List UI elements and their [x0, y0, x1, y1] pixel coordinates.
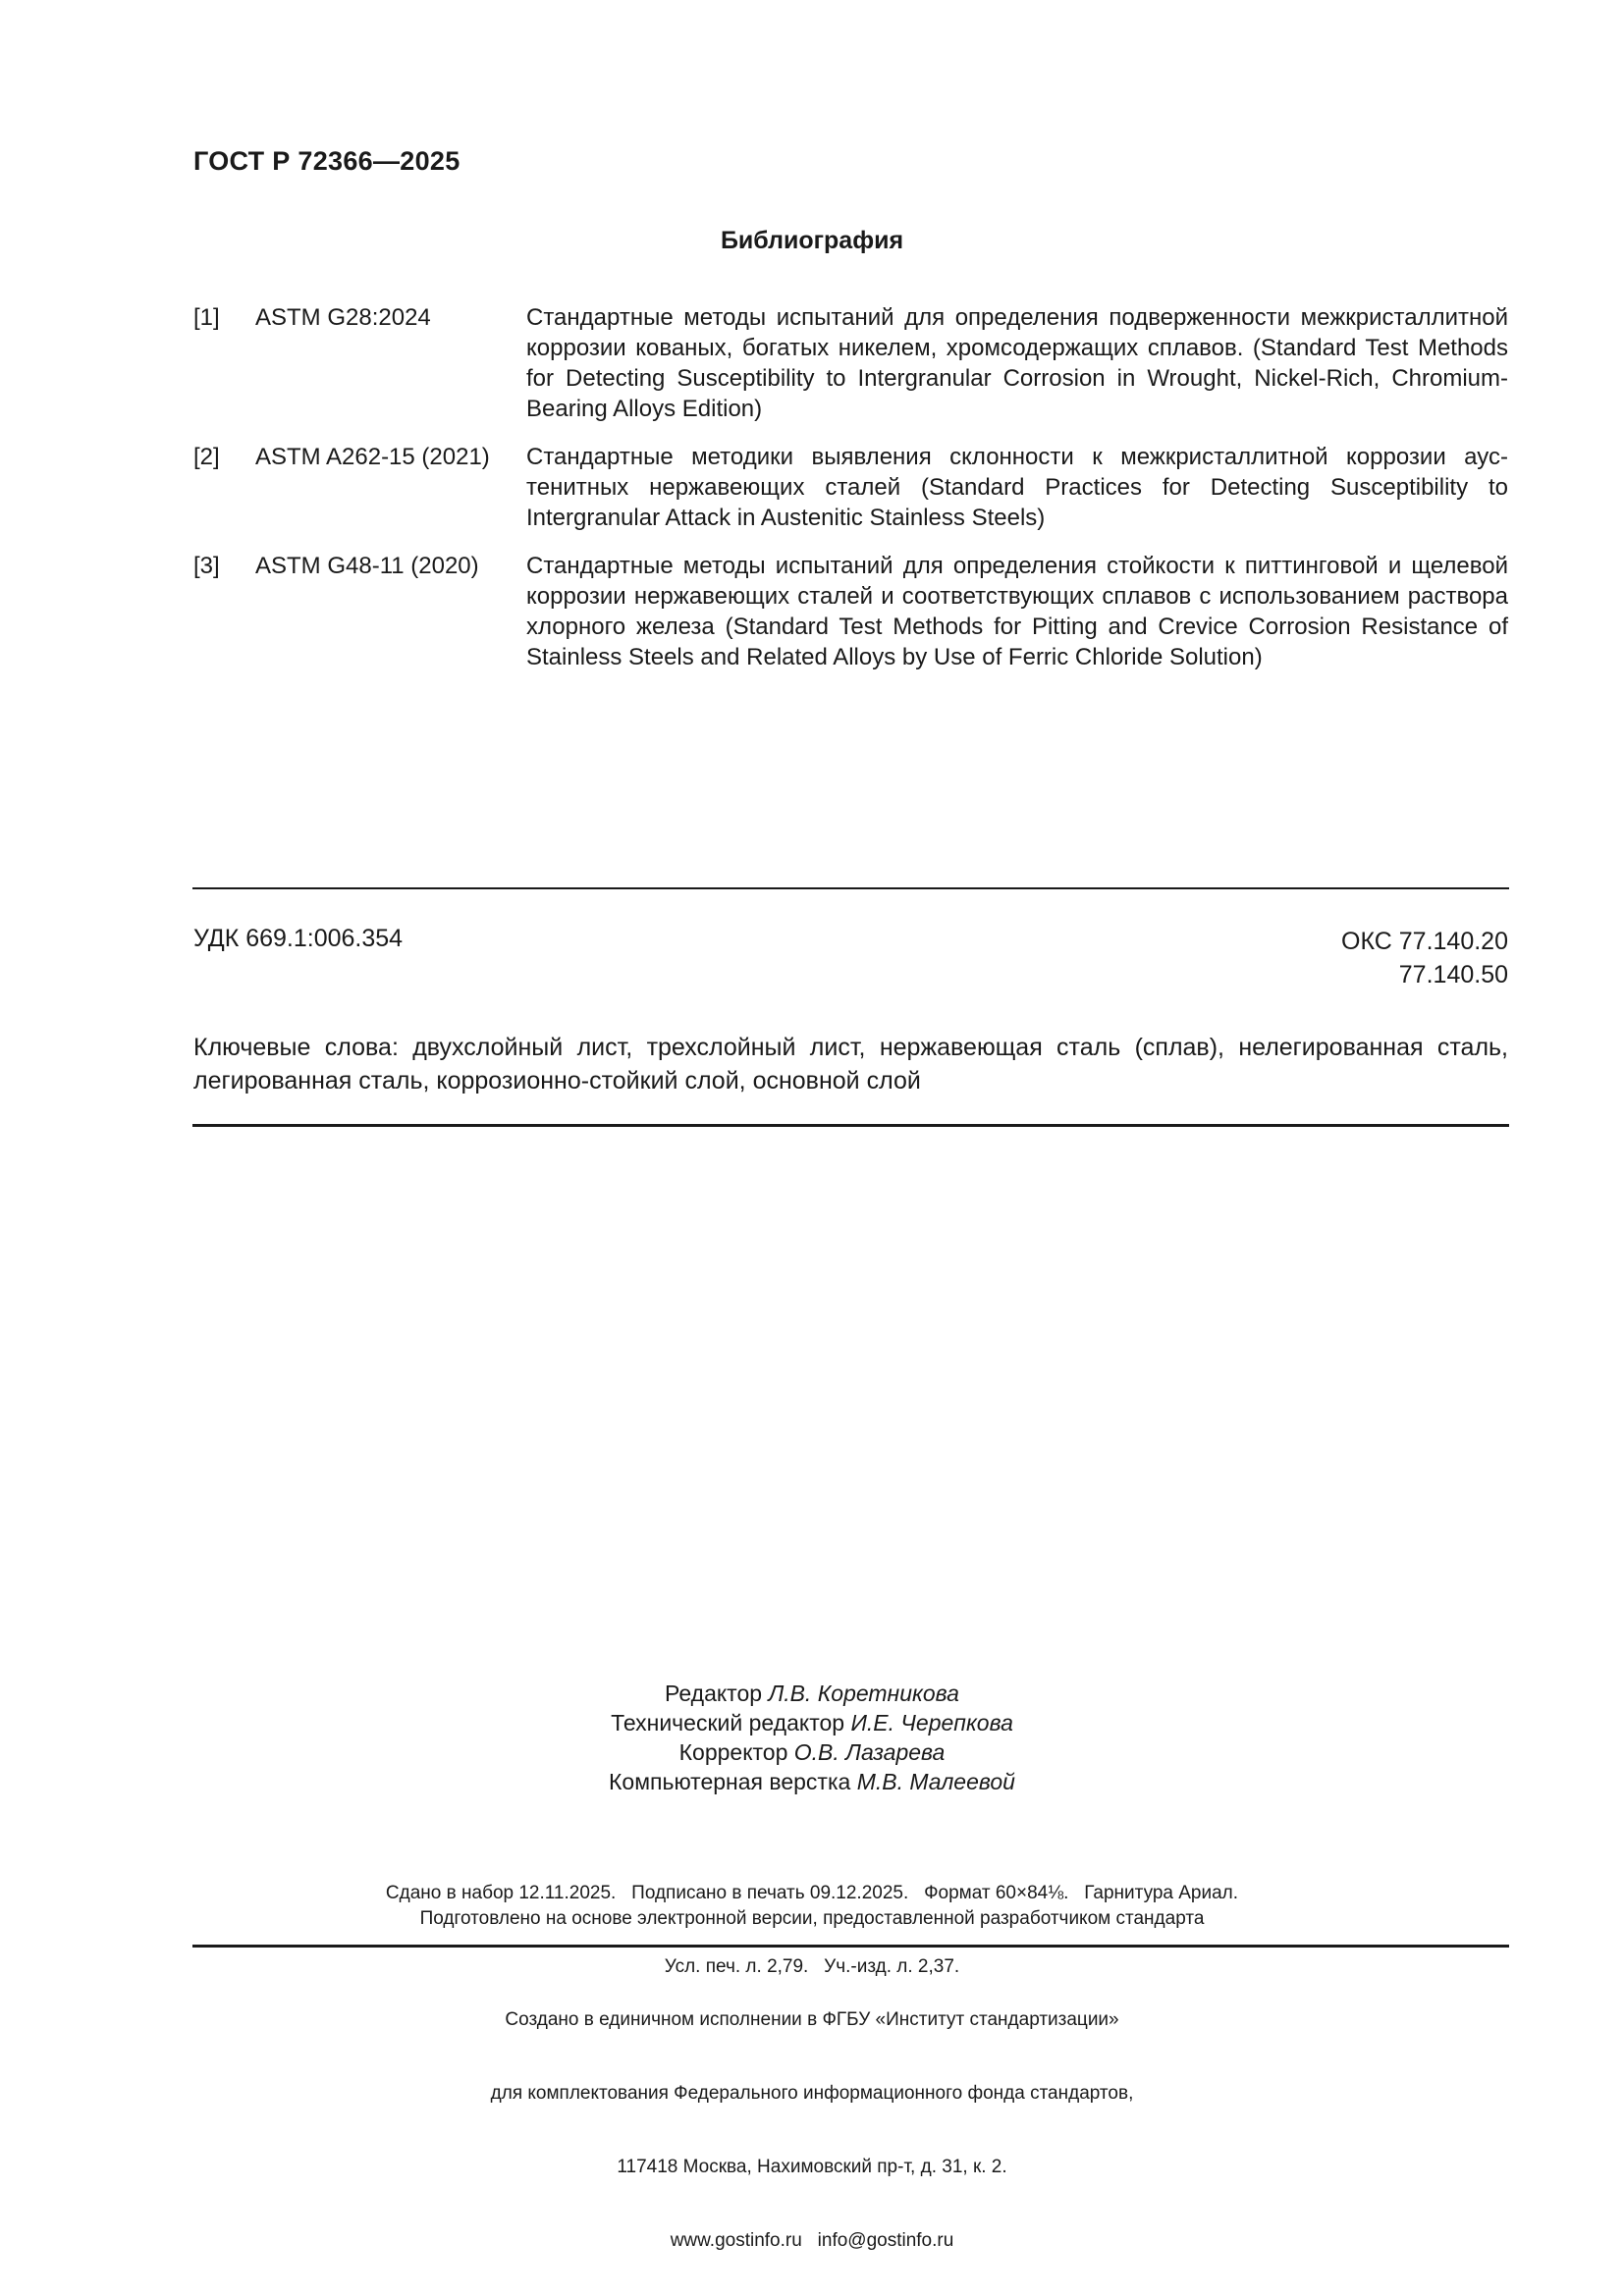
credit-role: Корректор — [679, 1739, 788, 1765]
entry-code: ASTM G28:2024 — [255, 302, 526, 424]
document-code: ГОСТ Р 72366—2025 — [193, 146, 460, 177]
entry-code: ASTM G48-11 (2020) — [255, 551, 526, 672]
entry-description: Стандартные методы испытаний для определ… — [526, 551, 1508, 672]
publisher-contacts: www.gostinfo.ru info@gostinfo.ru — [0, 2228, 1624, 2253]
bibliography-list: [1] ASTM G28:2024 Стандартные методы исп… — [193, 302, 1508, 690]
credits-block: Редактор Л.В. Коретникова Технический ре… — [0, 1679, 1624, 1796]
divider-rule — [192, 1124, 1509, 1127]
publisher-block: Создано в единичном исполнении в ФГБУ «И… — [0, 1958, 1624, 2277]
bibliography-title: Библиография — [0, 227, 1624, 255]
keywords: Ключевые слова: двухслойный лист, трехсл… — [193, 1031, 1508, 1097]
email-link[interactable]: info@gostinfo.ru — [818, 2230, 954, 2251]
print-info-line-1: Сдано в набор 12.11.2025. Подписано в пе… — [0, 1881, 1624, 1905]
entry-description: Стандартные методы испытаний для определ… — [526, 302, 1508, 424]
entry-number: [1] — [193, 302, 255, 424]
credit-role: Технический редактор — [611, 1710, 844, 1735]
entry-code: ASTM A262-15 (2021) — [255, 442, 526, 533]
entry-description: Стандартные методики выявления склонност… — [526, 442, 1508, 533]
udk-code: УДК 669.1:006.354 — [193, 925, 403, 953]
divider-rule — [192, 887, 1509, 889]
divider-rule — [192, 1945, 1509, 1948]
entry-number: [3] — [193, 551, 255, 672]
publisher-line-1: Создано в единичном исполнении в ФГБУ «И… — [0, 2007, 1624, 2032]
credit-name: О.В. Лазарева — [794, 1739, 946, 1765]
publisher-address: 117418 Москва, Нахимовский пр-т, д. 31, … — [0, 2155, 1624, 2179]
credit-name: М.В. Малеевой — [857, 1769, 1015, 1794]
credit-name: Л.В. Коретникова — [768, 1681, 959, 1706]
credit-proofreader: Корректор О.В. Лазарева — [0, 1737, 1624, 1767]
credit-role: Редактор — [665, 1681, 762, 1706]
bibliography-entry: [1] ASTM G28:2024 Стандартные методы исп… — [193, 302, 1508, 424]
website-link[interactable]: www.gostinfo.ru — [671, 2230, 802, 2251]
oks-code-1: ОКС 77.140.20 — [1341, 925, 1508, 958]
oks-codes: ОКС 77.140.20 77.140.50 — [1341, 925, 1508, 991]
oks-code-2: 77.140.50 — [1341, 958, 1508, 991]
credit-layout: Компьютерная верстка М.В. Малеевой — [0, 1767, 1624, 1796]
publisher-line-2: для комплектования Федерального информац… — [0, 2081, 1624, 2106]
entry-number: [2] — [193, 442, 255, 533]
prepared-note: Подготовлено на основе электронной верси… — [0, 1908, 1624, 1930]
credit-role: Компьютерная верстка — [609, 1769, 850, 1794]
bibliography-entry: [2] ASTM A262-15 (2021) Стандартные мето… — [193, 442, 1508, 533]
credit-technical-editor: Технический редактор И.Е. Черепкова — [0, 1708, 1624, 1737]
credit-editor: Редактор Л.В. Коретникова — [0, 1679, 1624, 1708]
credit-name: И.Е. Черепкова — [850, 1710, 1012, 1735]
bibliography-entry: [3] ASTM G48-11 (2020) Стандартные метод… — [193, 551, 1508, 672]
